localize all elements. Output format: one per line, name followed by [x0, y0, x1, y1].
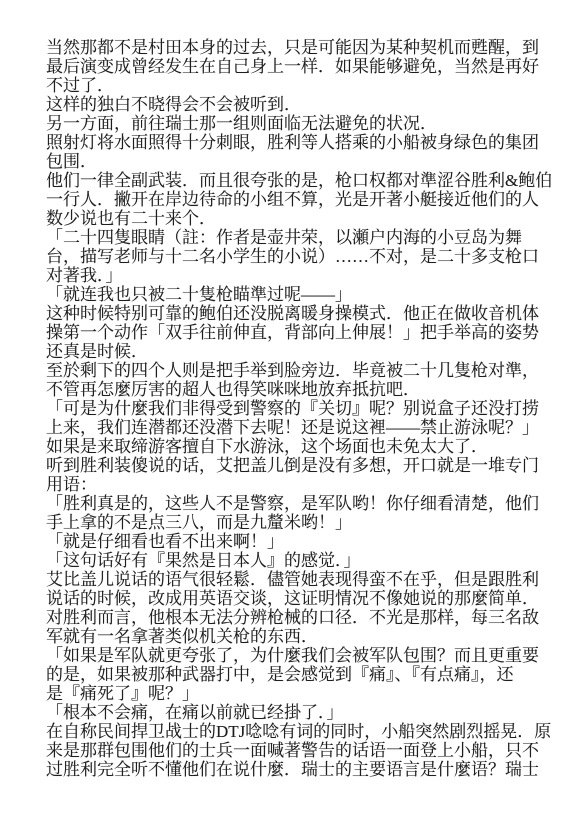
text-line: 上来，我们连潜都还没潜下去呢！还是说这裡——禁止游泳呢？」 — [46, 418, 544, 437]
text-line: 「如果是军队就更夸张了，为什麼我们会被军队包围？而且更重要 — [46, 646, 544, 665]
text-line: 台，描写老师与十二名小学生的小说）……不对，是二十多支枪口 — [46, 247, 544, 266]
text-line: 过胜利完全听不懂他们在说什麼．瑞士的主要语言是什麼语？瑞士 — [46, 760, 544, 779]
text-line: 如果是来取缔游客擅自下水游泳，这个场面也未免太大了． — [46, 437, 544, 456]
text-line: 「二十四隻眼睛（註：作者是壶井荣，以瀬户内海的小豆岛为舞 — [46, 228, 544, 247]
text-line: 艾比盖儿说话的语气很轻鬆．儘管她表现得蛮不在乎，但是跟胜利 — [46, 570, 544, 589]
text-line: 对著我．」 — [46, 266, 544, 285]
text-line: 数少说也有二十来个． — [46, 209, 544, 228]
text-line: 来是那群包围他们的士兵一面喊著警告的话语一面登上小船，只不 — [46, 741, 544, 760]
text-line: 的是，如果被那种武器打中，是会感觉到『痛』、『有点痛』，还 — [46, 665, 544, 684]
novel-text-block: 当然那都不是村田本身的过去，只是可能因为某种契机而甦醒，到最后演变成曾经发生在自… — [46, 38, 544, 779]
text-line: 当然那都不是村田本身的过去，只是可能因为某种契机而甦醒，到 — [46, 38, 544, 57]
text-line: 听到胜利装傻说的话，艾把盖儿倒是没有多想，开口就是一堆专门 — [46, 456, 544, 475]
text-line: 操第一个动作「双手往前伸直，背部向上伸展！」把手举高的姿势 — [46, 323, 544, 342]
text-line: 不管再怎麼厉害的超人也得笑咪咪地放弃抵抗吧． — [46, 380, 544, 399]
text-line: 照射灯将水面照得十分刺眼，胜利等人搭乘的小船被身绿色的集团 — [46, 133, 544, 152]
text-line: 军就有一名拿著类似机关枪的东西． — [46, 627, 544, 646]
text-line: 「就连我也只被二十隻枪瞄準过呢——」 — [46, 285, 544, 304]
text-line: 他们一律全副武装．而且很夸张的是，枪口权都对準涩谷胜利&鲍伯 — [46, 171, 544, 190]
text-line: 另一方面，前往瑞士那一组则面临无法避免的状况． — [46, 114, 544, 133]
text-line: 「胜利真是的，这些人不是警察，是军队哟！你仔细看清楚，他们 — [46, 494, 544, 513]
document-page: 当然那都不是村田本身的过去，只是可能因为某种契机而甦醒，到最后演变成曾经发生在自… — [0, 0, 583, 828]
text-line: 说话的时候，改成用英语交谈，这证明情况不像她说的那麼简单． — [46, 589, 544, 608]
text-line: 还真是时候． — [46, 342, 544, 361]
text-line: 至於剩下的四个人则是把手举到脸旁边．毕竟被二十几隻枪对準， — [46, 361, 544, 380]
text-line: 「根本不会痛，在痛以前就已经掛了．」 — [46, 703, 544, 722]
text-line: 「就是仔细看也看不出来啊！」 — [46, 532, 544, 551]
text-line: 最后演变成曾经发生在自己身上一样．如果能够避免，当然是再好 — [46, 57, 544, 76]
text-line: 在自称民间捍卫战士的DTJ唸唸有词的同时，小船突然剧烈摇晃．原 — [46, 722, 544, 741]
text-line: 包围． — [46, 152, 544, 171]
text-line: 「可是为什麼我们非得受到警察的『关切』呢？别说盒子还没打捞 — [46, 399, 544, 418]
text-line: 「这句话好有『果然是日本人』的感觉．」 — [46, 551, 544, 570]
text-line: 这种时候特别可靠的鲍伯还没脱离暖身操模式．他正在做收音机体 — [46, 304, 544, 323]
text-line: 手上拿的不是点三八，而是九釐米哟！」 — [46, 513, 544, 532]
text-line: 不过了． — [46, 76, 544, 95]
text-line: 一行人．撇开在岸边待命的小组不算，光是开著小艇接近他们的人 — [46, 190, 544, 209]
text-line: 用语： — [46, 475, 544, 494]
text-line: 这样的独白不晓得会不会被听到． — [46, 95, 544, 114]
text-line: 是『痛死了』呢？」 — [46, 684, 544, 703]
text-line: 对胜利而言，他根本无法分辨枪械的口径．不光是那样，每三名敌 — [46, 608, 544, 627]
